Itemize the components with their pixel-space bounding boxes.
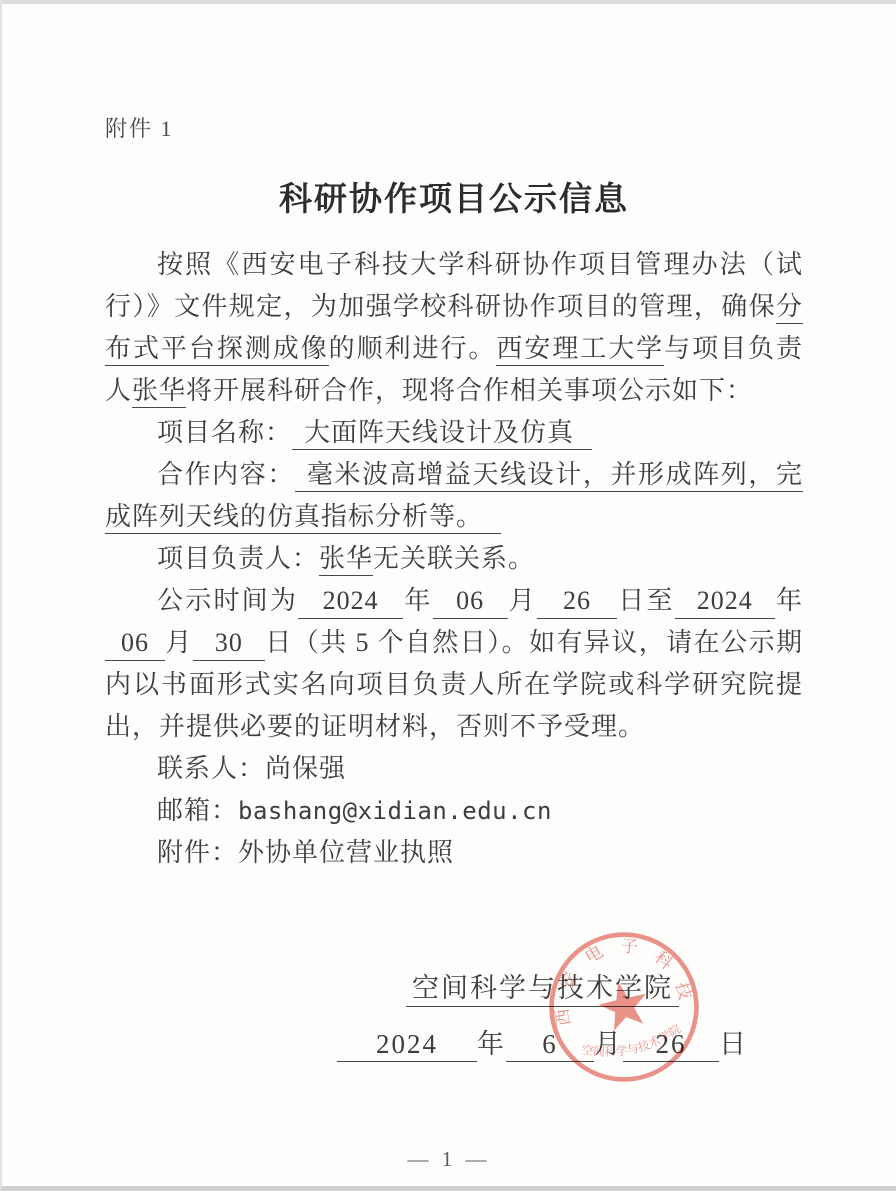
signature-month-label: 月 (594, 1029, 623, 1059)
page-title: 科研协作项目公示信息 (105, 173, 803, 220)
period-month1-blank: 06 (433, 584, 508, 619)
leader-suffix: 无关联关系。 (373, 544, 535, 573)
intro-paragraph: 按照《西安电子科技大学科研协作项目管理办法（试行）》文件规定，为加强学校科研协作… (105, 244, 803, 412)
attachment-value: 外协单位营业执照 (238, 838, 454, 867)
signature-year-blank: 2024 (337, 1027, 477, 1062)
project-name-label: 项目名称： (157, 418, 292, 447)
email-value: bashang@xidian.edu.cn (238, 797, 552, 825)
cooperation-row: 合作内容：毫米波高增益天线设计，并形成阵列，完成阵列天线的仿真指标分析等。 (105, 454, 803, 538)
intro-underlined-partner: 西安理工大学 (496, 334, 664, 366)
intro-text-1: 按照《西安电子科技大学科研协作项目管理办法（试行）》文件规定，为加强学校科研协作… (105, 250, 803, 321)
document-content: 附件 1 科研协作项目公示信息 按照《西安电子科技大学科研协作项目管理办法（试行… (2, 4, 896, 874)
signature-block: 空间科学与技术学院 2024年6月26日 (337, 966, 748, 1062)
attachment-row: 附件：外协单位营业执照 (105, 832, 803, 874)
scanned-document-page: 附件 1 科研协作项目公示信息 按照《西安电子科技大学科研协作项目管理办法（试行… (0, 0, 896, 1191)
period-year2-label: 年 (775, 586, 803, 615)
project-name-row: 项目名称：大面阵天线设计及仿真 (105, 412, 803, 454)
signature-date: 2024年6月26日 (337, 1022, 748, 1062)
email-label: 邮箱： (157, 796, 238, 825)
intro-text-4: 将开展科研合作，现将合作相关事项公示如下： (186, 376, 753, 405)
publicity-period-paragraph: 公示时间为2024年06月26日至2024年06月30日（共 5 个自然日）。如… (105, 580, 803, 748)
signature-day-blank: 26 (623, 1027, 719, 1062)
period-month2-blank: 06 (105, 626, 165, 661)
period-month2-label: 月 (165, 628, 193, 657)
attachment-list-label: 附件： (157, 838, 238, 867)
period-year1-blank: 2024 (298, 584, 403, 619)
period-year1-label: 年 (403, 586, 432, 615)
intro-underlined-leader: 张华 (132, 376, 186, 408)
contact-row: 联系人：尚保强 (105, 748, 803, 790)
project-name-value: 大面阵天线设计及仿真 (292, 418, 592, 450)
leader-label: 项目负责人： (157, 544, 319, 573)
page-number: — 1 — (2, 1147, 896, 1172)
leader-name: 张华 (319, 544, 373, 576)
period-month1-label: 月 (508, 586, 537, 615)
cooperation-label: 合作内容： (157, 460, 295, 489)
attachment-label: 附件 1 (105, 112, 803, 143)
period-prefix: 公示时间为 (157, 586, 298, 615)
document-body: 按照《西安电子科技大学科研协作项目管理办法（试行）》文件规定，为加强学校科研协作… (105, 244, 803, 874)
contact-value: 尚保强 (265, 754, 346, 783)
signature-year-label: 年 (477, 1029, 506, 1059)
leader-row: 项目负责人：张华无关联关系。 (105, 538, 803, 580)
signature-org: 空间科学与技术学院 (406, 973, 679, 1007)
intro-text-2: 的顺利进行。 (329, 334, 497, 363)
period-day2-blank: 30 (193, 626, 265, 661)
period-year2-blank: 2024 (675, 584, 775, 619)
contact-label: 联系人： (157, 754, 265, 783)
period-day1-blank: 26 (537, 584, 617, 619)
signature-month-blank: 6 (506, 1027, 594, 1062)
period-mid: 日至 (617, 586, 675, 615)
email-row: 邮箱：bashang@xidian.edu.cn (105, 790, 803, 832)
signature-day-label: 日 (719, 1029, 748, 1059)
